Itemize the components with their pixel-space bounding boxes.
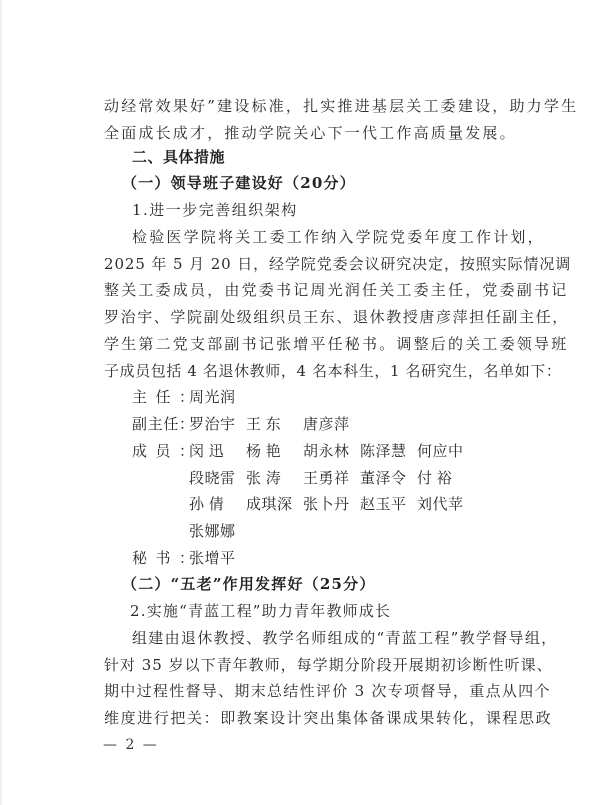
para-2-line-4: 维度进行把关：即教案设计突出集体备课成果转化，课程思政 xyxy=(104,709,494,727)
roster-name: 成琪深 xyxy=(246,495,303,513)
roster-name: 张增平 xyxy=(189,549,246,567)
roster-members-row-1: 成 员 ： 闵 迅 杨 艳 胡永林 陈泽慧 何应中 xyxy=(132,442,474,460)
para-1-line-6: 子成员包括 4 名退休教师，4 名本科生，1 名研究生，名单如下： xyxy=(104,362,494,380)
label-colon: ： xyxy=(179,388,189,406)
roster-deputy-row: 副 主 任 ： 罗治宇 王 东 唐彦萍 xyxy=(132,415,360,433)
label-colon: ： xyxy=(179,415,189,433)
label-char: 秘 xyxy=(132,549,147,567)
roster-name: 付 裕 xyxy=(417,469,474,487)
label-char: 副 xyxy=(132,415,147,433)
para-2-line-2: 针对 35 岁以下青年教师，每学期分阶段开展期初诊断性听课、 xyxy=(104,656,494,674)
roster-name: 王 东 xyxy=(246,415,303,433)
roster-label-spacer xyxy=(132,522,189,540)
roster-members-row-2: 段晓雷 张 涛 王勇祥 董泽令 付 裕 xyxy=(132,469,474,487)
label-char: 成 xyxy=(132,442,147,460)
roster-name: 赵玉平 xyxy=(360,495,417,513)
label-char: 员 xyxy=(156,442,171,460)
label-char: 主 xyxy=(148,415,163,433)
subsection-2-heading: （二）“五老”作用发挥好（25分） xyxy=(122,575,512,593)
roster-name: 刘代苹 xyxy=(417,495,474,513)
roster-label-spacer xyxy=(132,469,189,487)
roster-label-members: 成 员 ： xyxy=(132,442,189,460)
roster-label-secretary: 秘 书 ： xyxy=(132,549,189,567)
roster-name: 何应中 xyxy=(417,442,474,460)
para-1-line-3: 整关工委成员，由党委书记周光润任关工委主任，党委副书记 xyxy=(104,281,494,299)
item-1-heading: 1.进一步完善组织架构 xyxy=(132,201,494,219)
roster-name: 张卜丹 xyxy=(303,495,360,513)
roster-name: 孙 倩 xyxy=(189,495,246,513)
roster-name: 杨 艳 xyxy=(246,442,303,460)
roster-name: 张 涛 xyxy=(246,469,303,487)
para-1-line-4: 罗治宇、学院副处级组织员王东、退休教授唐彦萍担任副主任， xyxy=(104,308,494,326)
para-1-line-5: 学生第二党支部副书记张增平任秘书。调整后的关工委领导班 xyxy=(104,335,494,353)
roster-name: 董泽令 xyxy=(360,469,417,487)
intro-line-1: 动经常效果好”建设标准，扎实推进基层关工委建设，助力学生 xyxy=(104,97,494,115)
roster-name: 胡永林 xyxy=(303,442,360,460)
roster-members-row-3: 孙 倩 成琪深 张卜丹 赵玉平 刘代苹 xyxy=(132,495,474,513)
roster-name: 王勇祥 xyxy=(303,469,360,487)
roster-label-deputy: 副 主 任 ： xyxy=(132,415,189,433)
section-heading: 二、具体措施 xyxy=(132,148,494,166)
roster-name: 闵 迅 xyxy=(189,442,246,460)
roster-name: 罗治宇 xyxy=(189,415,246,433)
label-char: 任 xyxy=(163,415,178,433)
roster-label-spacer xyxy=(132,495,189,513)
label-colon: ： xyxy=(179,442,189,460)
document-page: 动经常效果好”建设标准，扎实推进基层关工委建设，助力学生 全面成长成才，推动学院… xyxy=(0,0,592,805)
roster-name: 张娜娜 xyxy=(189,522,246,540)
roster-name: 唐彦萍 xyxy=(303,415,360,433)
label-char: 书 xyxy=(156,549,171,567)
roster-name: 周光润 xyxy=(189,388,246,406)
para-1-line-1: 检验医学院将关工委工作纳入学院党委年度工作计划， xyxy=(132,228,494,246)
roster-name: 陈泽慧 xyxy=(360,442,417,460)
label-colon: ： xyxy=(179,549,189,567)
label-char: 任 xyxy=(156,388,171,406)
para-1-line-2: 2025 年 5 月 20 日，经学院党委会议研究决定，按照实际情况调 xyxy=(104,255,494,273)
label-char: 主 xyxy=(132,388,147,406)
intro-line-2: 全面成长成才，推动学院关心下一代工作高质量发展。 xyxy=(104,124,494,142)
roster-director-row: 主 任 ： 周光润 xyxy=(132,388,246,406)
para-2-line-1: 组建由退休教授、教学名师组成的“青蓝工程”教学督导组， xyxy=(132,629,494,647)
roster-secretary-row: 秘 书 ： 张增平 xyxy=(132,549,246,567)
roster-name: 段晓雷 xyxy=(189,469,246,487)
page-number: — 2 — xyxy=(103,737,159,753)
roster-members-row-4: 张娜娜 xyxy=(132,522,246,540)
subsection-1-heading: （一）领导班子建设好（20分） xyxy=(122,174,512,192)
item-2-heading: 2.实施“青蓝工程”助力青年教师成长 xyxy=(130,602,492,620)
para-2-line-3: 期中过程性督导、期末总结性评价 3 次专项督导，重点从四个 xyxy=(104,682,494,700)
roster-label-director: 主 任 ： xyxy=(132,388,189,406)
